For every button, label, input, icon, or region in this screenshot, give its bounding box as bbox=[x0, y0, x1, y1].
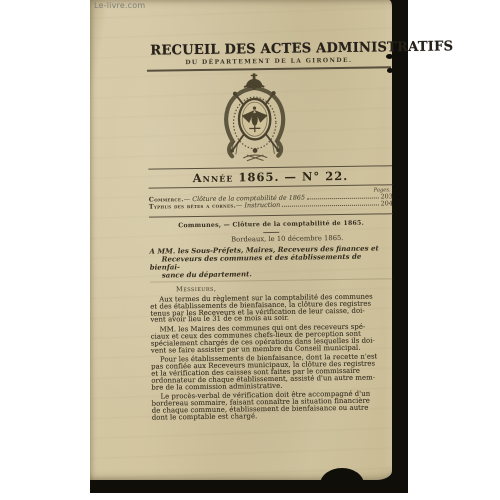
toc-desc: — Instruction bbox=[236, 202, 280, 210]
toc-entry: Typhus des bêtes a cornes. — Instruction… bbox=[149, 200, 393, 211]
toc-page-number: 204 bbox=[381, 200, 393, 208]
body-paragraph: Aux termes du règlement sur la comptabil… bbox=[150, 293, 394, 324]
toc-subject: Typhus des bêtes a cornes. bbox=[149, 203, 236, 212]
toc-dot-leader bbox=[307, 197, 379, 199]
site-watermark: Le-livre.com bbox=[94, 1, 145, 10]
document-photo-backdrop: Le-livre.com RECUEIL DES ACTES ADMINISTR… bbox=[90, 0, 408, 493]
paper-edge-nick bbox=[386, 54, 393, 59]
body-paragraph: Le procès-verbal de vérification doit êt… bbox=[151, 390, 395, 421]
masthead-title: RECUEIL DES ACTES ADMINISTRATIFS bbox=[150, 39, 387, 58]
imperial-eagle-crest-icon bbox=[212, 72, 297, 165]
issue-line: Année 1865. — N° 22. bbox=[148, 168, 392, 185]
page-background: { "colors": { "canvas_white": "#ffffff",… bbox=[0, 0, 500, 500]
printed-content: RECUEIL DES ACTES ADMINISTRATIFS DU DÉPA… bbox=[146, 0, 396, 421]
body-paragraph: Pour les établissements de bienfaisance,… bbox=[151, 353, 395, 391]
paper-edge-nick bbox=[387, 68, 393, 73]
crest-container bbox=[147, 71, 392, 168]
salutation-block: A MM. les Sous-Préfets, Maires, Receveur… bbox=[149, 244, 393, 279]
paper-sheet: Le-livre.com RECUEIL DES ACTES ADMINISTR… bbox=[90, 0, 392, 480]
circular-heading: Communes, — Clôture de la comptabilité d… bbox=[149, 219, 393, 229]
body-paragraph: MM. les Maires des communes qui ont des … bbox=[151, 323, 395, 354]
heading-divider-dash bbox=[263, 232, 279, 233]
rule-below-toc bbox=[149, 213, 393, 218]
toc-dot-leader bbox=[282, 205, 378, 207]
